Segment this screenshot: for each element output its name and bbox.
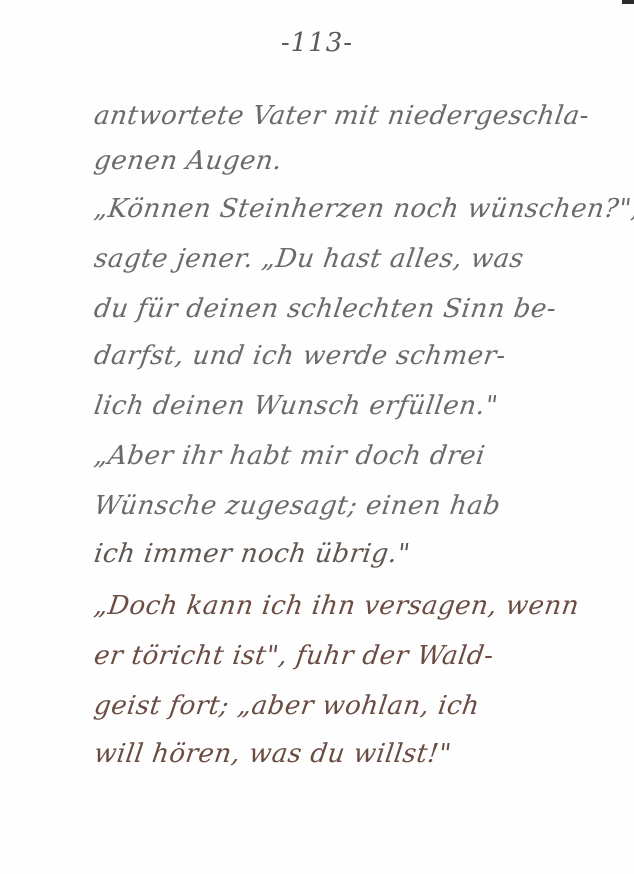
text-line-6: darfst, und ich werde schmer-	[92, 340, 586, 372]
text-line-10: ich immer noch übrig."	[92, 538, 586, 570]
text-line-3: „Können Steinherzen noch wünschen?",	[92, 193, 586, 225]
text-line-11: „Doch kann ich ihn versagen, wenn	[92, 590, 586, 622]
scan-corner-mark	[622, 0, 634, 4]
text-line-14: will hören, was du willst!"	[92, 738, 586, 770]
text-line-9: Wünsche zugesagt; einen hab	[92, 490, 586, 522]
text-line-1: antwortete Vater mit niedergeschla-	[92, 100, 586, 132]
manuscript-page: -113- antwortete Vater mit niedergeschla…	[0, 0, 634, 874]
text-line-7: lich deinen Wunsch erfüllen."	[92, 390, 586, 422]
text-line-13: geist fort; „aber wohlan, ich	[92, 690, 586, 722]
text-line-8: „Aber ihr habt mir doch drei	[92, 440, 586, 472]
text-line-4: sagte jener. „Du hast alles, was	[92, 243, 586, 275]
text-line-2: genen Augen.	[92, 145, 586, 177]
text-line-5: du für deinen schlechten Sinn be-	[92, 293, 586, 325]
text-line-12: er töricht ist", fuhr der Wald-	[92, 640, 586, 672]
page-number: -113-	[0, 28, 634, 58]
